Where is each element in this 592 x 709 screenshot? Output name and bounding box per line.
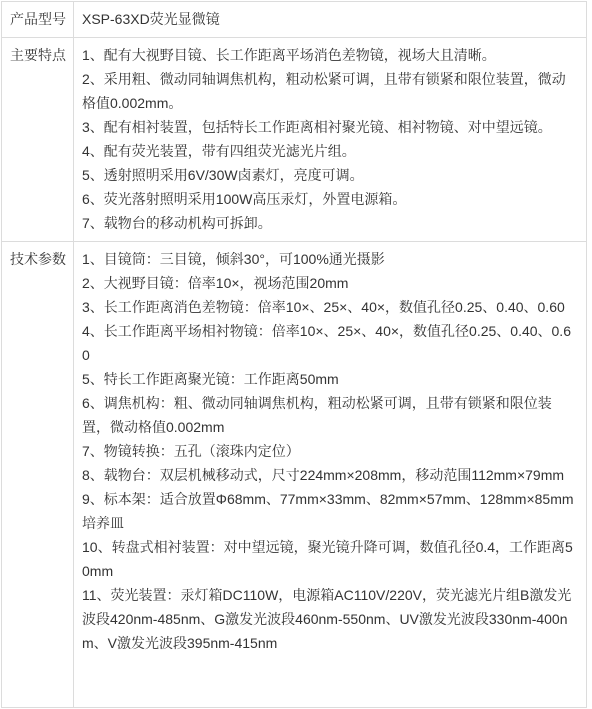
table-row-product-model: 产品型号 XSP-63XD荧光显微镜 [2, 2, 587, 38]
row-label: 技术参数 [10, 251, 66, 267]
row-label: 主要特点 [10, 47, 66, 63]
param-item: 7、物镜转换：五孔（滚珠内定位） [82, 439, 578, 463]
row-label-cell: 技术参数 [2, 242, 74, 708]
table-row-main-features: 主要特点 1、配有大视野目镜、长工作距离平场消色差物镜，视场大且清晰。 2、采用… [2, 38, 587, 242]
feature-item: 6、荧光落射照明采用100W高压汞灯，外置电源箱。 [82, 187, 578, 211]
product-spec-table: 产品型号 XSP-63XD荧光显微镜 主要特点 1、配有大视野目镜、长工作距离平… [1, 1, 587, 708]
row-label-cell: 主要特点 [2, 38, 74, 242]
param-item: 1、目镜筒：三目镜，倾斜30°，可100%通光摄影 [82, 247, 578, 271]
param-item: 11、荧光装置：汞灯箱DC110W，电源箱AC110V/220V，荧光滤光片组B… [82, 583, 578, 655]
feature-item: 2、采用粗、微动同轴调焦机构，粗动松紧可调，且带有锁紧和限位装置，微动格值0.0… [82, 67, 578, 115]
param-item: 9、标本架：适合放置Φ68mm、77mm×33mm、82mm×57mm、128m… [82, 487, 578, 535]
feature-item: 7、载物台的移动机构可拆卸。 [82, 211, 578, 235]
param-item: 6、调焦机构：粗、微动同轴调焦机构，粗动松紧可调，且带有锁紧和限位装置，微动格值… [82, 391, 578, 439]
row-value-cell: 1、配有大视野目镜、长工作距离平场消色差物镜，视场大且清晰。 2、采用粗、微动同… [74, 38, 587, 242]
feature-item: 1、配有大视野目镜、长工作距离平场消色差物镜，视场大且清晰。 [82, 43, 578, 67]
param-item: 2、大视野目镜：倍率10×，视场范围20mm [82, 271, 578, 295]
feature-item: 3、配有相衬装置，包括特长工作距离相衬聚光镜、相衬物镜、对中望远镜。 [82, 115, 578, 139]
product-model-value: XSP-63XD荧光显微镜 [82, 7, 578, 31]
row-value-cell: XSP-63XD荧光显微镜 [74, 2, 587, 38]
feature-item: 5、透射照明采用6V/30W卤素灯，亮度可调。 [82, 163, 578, 187]
row-label-cell: 产品型号 [2, 2, 74, 38]
param-item: 10、转盘式相衬装置：对中望远镜，聚光镜升降可调，数值孔径0.4，工作距离50m… [82, 535, 578, 583]
param-item: 8、载物台：双层机械移动式，尺寸224mm×208mm，移动范围112mm×79… [82, 463, 578, 487]
param-item: 5、特长工作距离聚光镜：工作距离50mm [82, 367, 578, 391]
feature-item: 4、配有荧光装置，带有四组荧光滤光片组。 [82, 139, 578, 163]
row-label: 产品型号 [10, 11, 66, 27]
param-item: 3、长工作距离消色差物镜：倍率10×、25×、40×，数值孔径0.25、0.40… [82, 295, 578, 319]
row-value-cell: 1、目镜筒：三目镜，倾斜30°，可100%通光摄影 2、大视野目镜：倍率10×，… [74, 242, 587, 708]
table-row-technical-params: 技术参数 1、目镜筒：三目镜，倾斜30°，可100%通光摄影 2、大视野目镜：倍… [2, 242, 587, 708]
param-item: 4、长工作距离平场相衬物镜：倍率10×、25×、40×，数值孔径0.25、0.4… [82, 319, 578, 367]
